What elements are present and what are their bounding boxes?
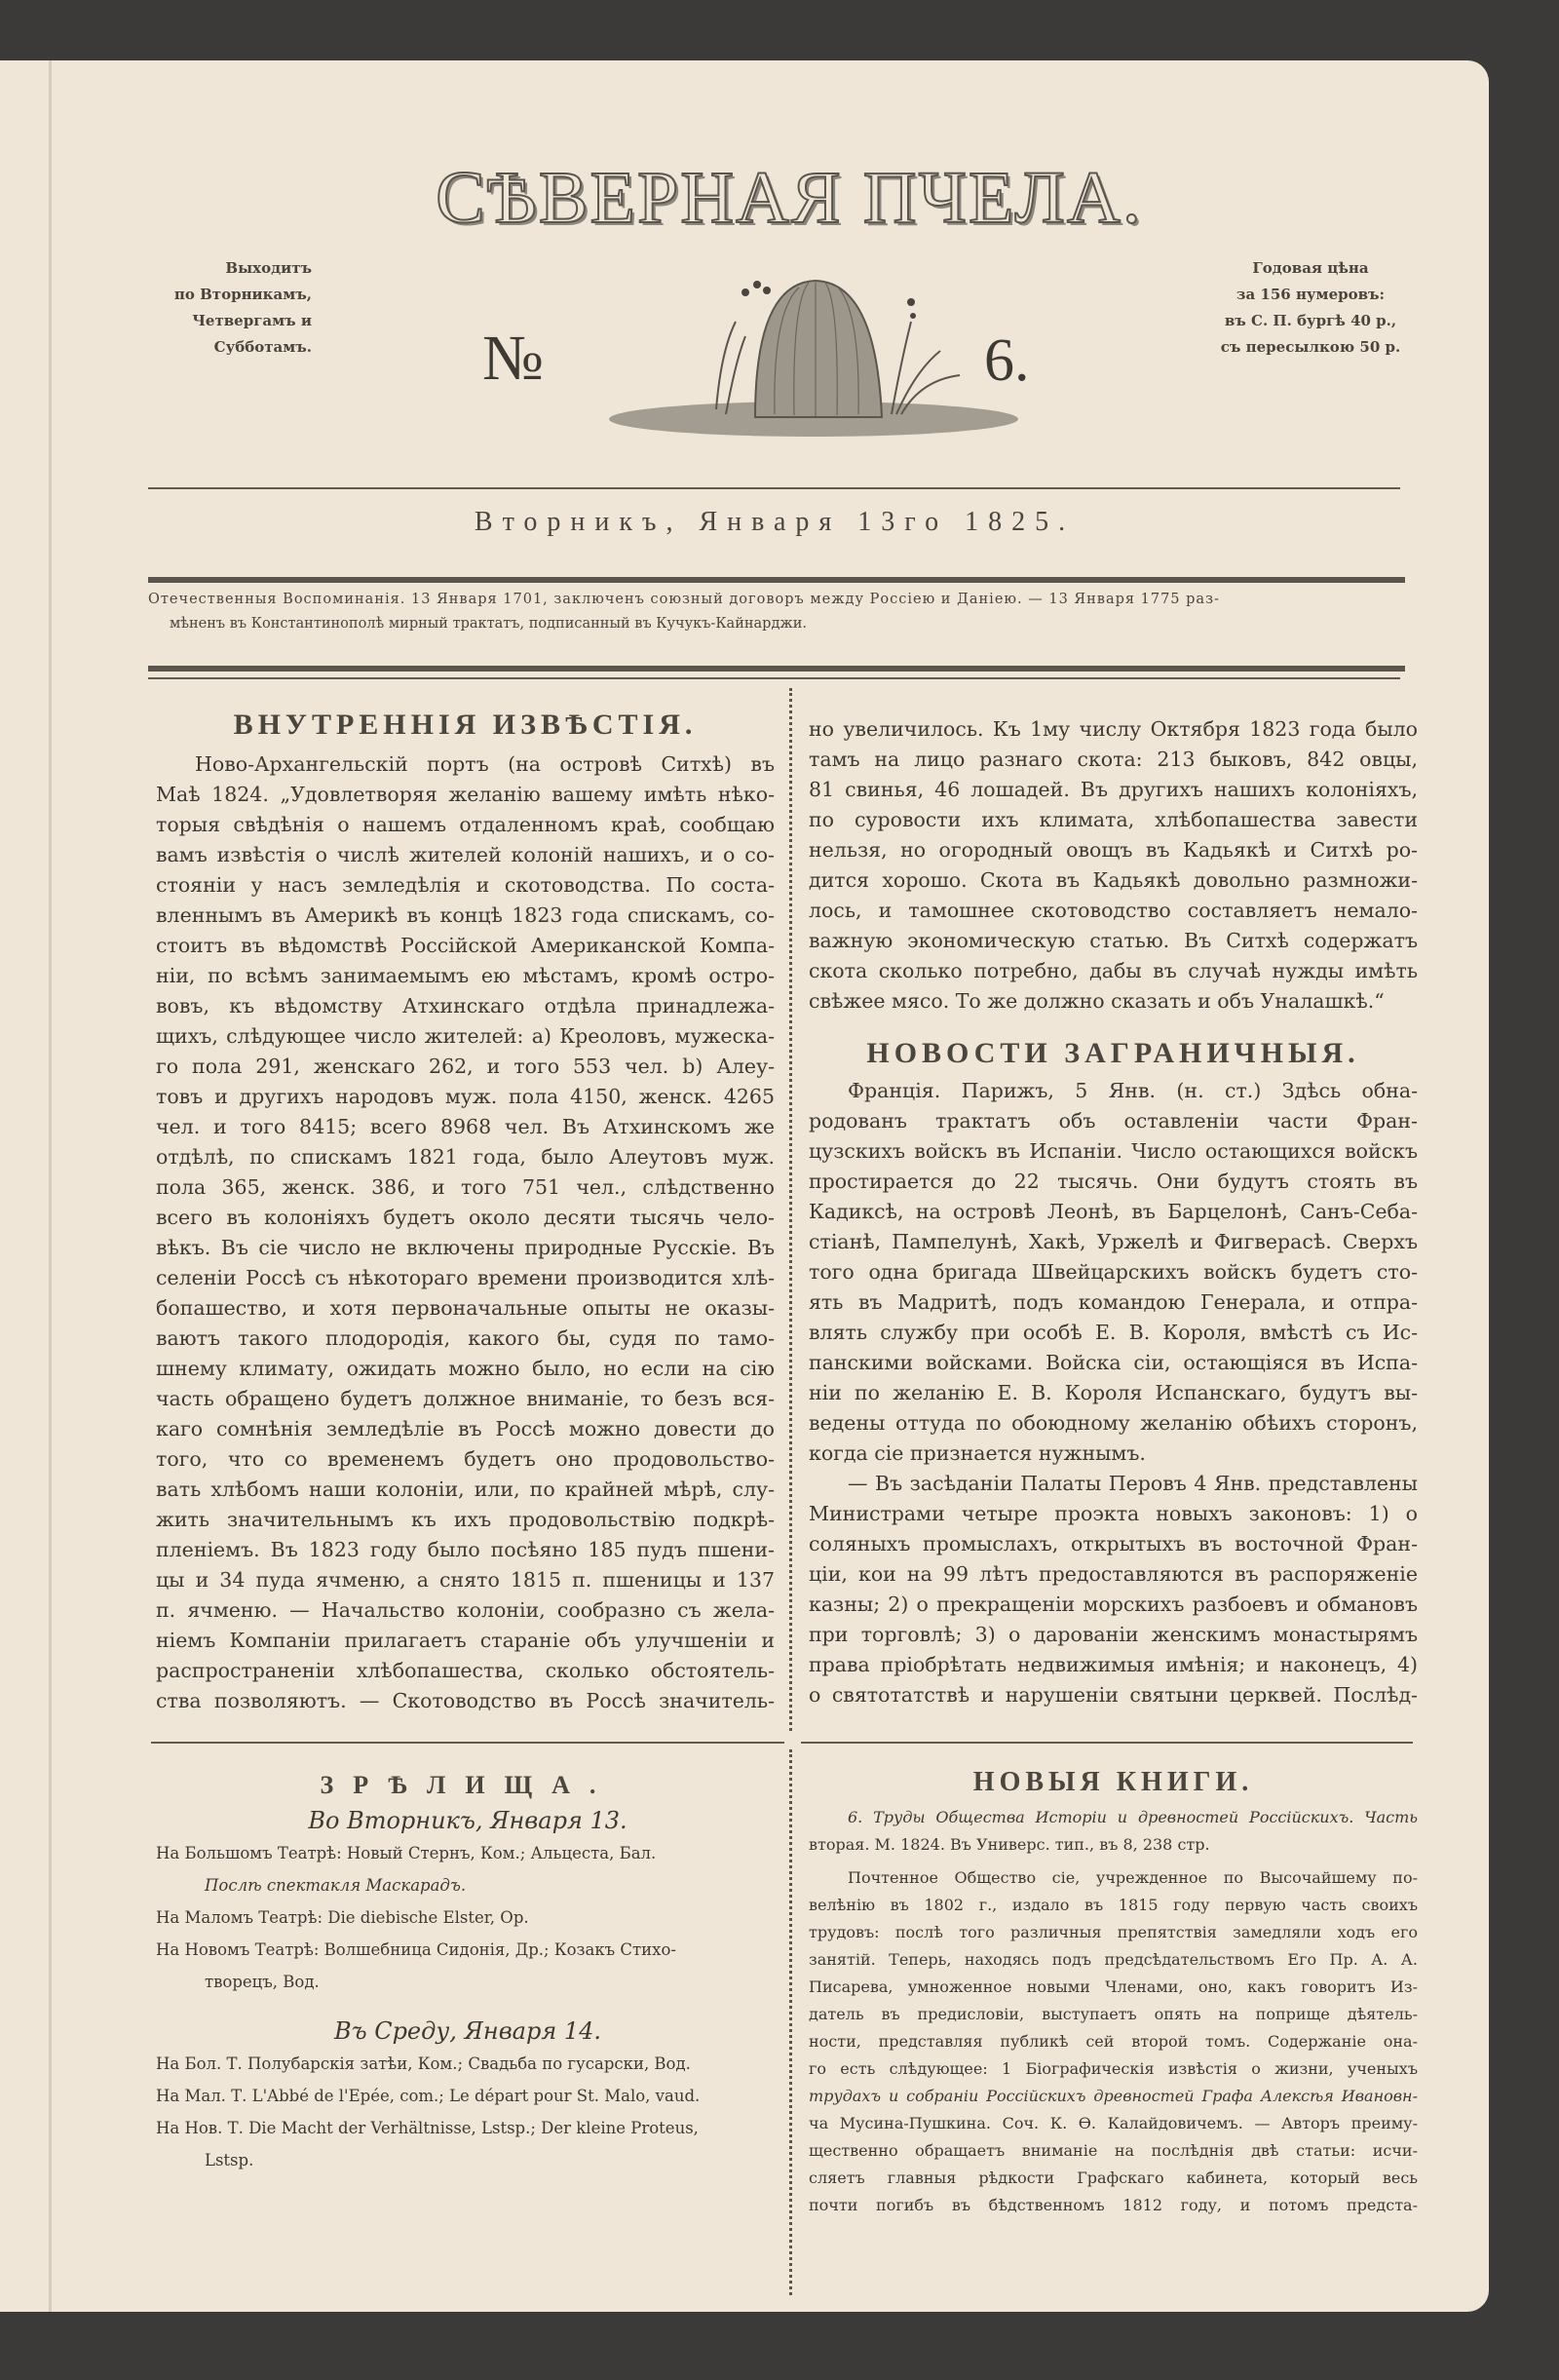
text-line: права пріобрѣтать недвижимыя имѣнія; и н… <box>809 1650 1418 1680</box>
schedule-line: по Вторникамъ, <box>166 282 312 308</box>
theatre-entry: На Мал. Т. L'Abbé de l'Epée, com.; Le dé… <box>156 2080 779 2112</box>
text-line: дится хорошо. Скота въ Кадьякѣ довольно … <box>809 865 1418 896</box>
text-line: влять службу при особѣ Е. В. Короля, вмѣ… <box>809 1318 1418 1348</box>
text-line: вленнымъ въ Америкѣ въ концѣ 1823 года с… <box>156 901 775 931</box>
text-line: чел. и того 8415; всего 8968 чел. Въ Атх… <box>156 1112 775 1142</box>
theatre-entry: На Большомъ Театрѣ: Новый Стернъ, Ком.; … <box>156 1837 779 1869</box>
text-line: ціи, кои на 99 лѣтъ предоставляются въ р… <box>809 1559 1418 1590</box>
text-line: цузскихъ войскъ въ Испаніи. Число остающ… <box>809 1136 1418 1167</box>
text-line: казны; 2) о прекращеніи морскихъ разбоев… <box>809 1590 1418 1620</box>
theatre-entry: Lstsp. <box>156 2144 779 2176</box>
text-line: но увеличилось. Къ 1му числу Октября 182… <box>809 714 1418 745</box>
theatre-entry: На Нов. Т. Die Macht der Verhältnisse, L… <box>156 2112 779 2144</box>
text-line: часть обращено будетъ должное вниманіе, … <box>156 1384 775 1414</box>
text-line: жить значительнымъ къ ихъ продовольствію… <box>156 1505 775 1535</box>
text-line: вовъ, къ вѣдомству Атхинскаго отдѣла при… <box>156 991 775 1021</box>
text-line: шнему климату, ожидать можно было, но ес… <box>156 1354 775 1384</box>
text-line: пола 365, женск. 386, и того 751 чел., с… <box>156 1172 775 1203</box>
book-citation: 6. Труды Общества Исторіи и древностей Р… <box>809 1804 1418 1831</box>
text-line: родованъ трактатъ объ оставленіи части Ф… <box>809 1106 1418 1136</box>
text-line: ніемъ Компаніи прилагаетъ стараніе объ у… <box>156 1626 775 1656</box>
text-line: щественно обращаетъ вниманіе на послѣдні… <box>809 2137 1418 2165</box>
new-books-section: НОВЫЯ КНИГИ. 6. Труды Общества Исторіи и… <box>809 1769 1418 2219</box>
text-line: Ново-Архангельскій портъ (на островѣ Сит… <box>156 749 775 780</box>
memorial-rule <box>148 666 1405 672</box>
text-line: при торговлѣ; 3) о дарованіи женскимъ мо… <box>809 1620 1418 1650</box>
theatre-entry: На Бол. Т. Полубарскія затѣи, Ком.; Свад… <box>156 2048 779 2080</box>
text-line: цы и 34 пуда ячменю, а снято 1815 п. пше… <box>156 1565 775 1595</box>
text-line: по суровости ихъ климата, хлѣбопашества … <box>809 805 1418 835</box>
text-line: пленіемъ. Въ 1823 году было посѣяно 185 … <box>156 1535 775 1565</box>
price-line: въ С. П. бургѣ 40 р., <box>1179 308 1442 334</box>
text-line: го пола 291, женскаго 262, и того 553 че… <box>156 1052 775 1082</box>
text-line: щихъ, слѣдующее число жителей: а) Креоло… <box>156 1021 775 1052</box>
text-line: товъ и другихъ народовъ муж. пола 4150, … <box>156 1082 775 1112</box>
text-line: стояніи у насъ земледѣлія и скотоводства… <box>156 870 775 901</box>
text-line: Кадиксѣ, на островѣ Леонѣ, въ Барцелонѣ,… <box>809 1197 1418 1227</box>
text-line: того, что со временемъ будетъ оно продов… <box>156 1444 775 1475</box>
text-line: каго сомнѣнія земледѣліе въ Россѣ можно … <box>156 1414 775 1444</box>
theatre-entry-note: Послѣ спектакля Маскарадъ. <box>156 1869 779 1901</box>
text-line: — Въ засѣданіи Палаты Перовъ 4 Янв. пред… <box>809 1469 1418 1499</box>
section-heading-books: НОВЫЯ КНИГИ. <box>809 1769 1418 1796</box>
text-line: тамъ на лицо разнаго скота: 213 быковъ, … <box>809 745 1418 775</box>
memorial-line: мѣненъ въ Константинополѣ мирный трактат… <box>148 612 1405 636</box>
text-line: вамъ извѣстія о числѣ жителей колоній на… <box>156 840 775 870</box>
text-line: Франція. Парижъ, 5 Янв. (н. ст.) Здѣсь о… <box>809 1076 1418 1106</box>
price-line: Годовая цѣна <box>1179 255 1442 282</box>
text-line: всего въ колоніяхъ будетъ около десяти т… <box>156 1203 775 1233</box>
text-line: стоитъ въ вѣдомствѣ Россійской Американс… <box>156 931 775 961</box>
text-line: Маѣ 1824. „Удовлетворяя желанію вашему и… <box>156 780 775 810</box>
text-line: Писарева, умноженное новыми Членами, оно… <box>809 1974 1418 2001</box>
text-line: почти погибъ въ бѣдственномъ 1812 году, … <box>809 2192 1418 2219</box>
text-line: ности, представляя публикѣ сей второй то… <box>809 2028 1418 2055</box>
text-line: Министрами четыре проэкта новыхъ законов… <box>809 1499 1418 1529</box>
text-line: ніи, по всѣмъ занимаемымъ ею мѣстамъ, кр… <box>156 961 775 991</box>
text-line: 81 свинья, 46 лошадей. Въ другихъ нашихъ… <box>809 775 1418 805</box>
text-line: нельзя, но огородный овощъ въ Кадьякѣ и … <box>809 835 1418 865</box>
section-rule-right <box>801 1742 1413 1744</box>
text-line: трудахъ и собраніи Россійскихъ древносте… <box>809 2083 1418 2110</box>
right-column: но увеличилось. Къ 1му числу Октября 182… <box>809 714 1418 1710</box>
price-line: за 156 нумеровъ: <box>1179 282 1442 308</box>
number-sign: № <box>482 322 544 396</box>
page-fold-line <box>49 60 52 2312</box>
section-heading-foreign: НОВОСТИ ЗАГРАНИЧНЫЯ. <box>809 1038 1418 1068</box>
theatre-entry: творецъ, Вод. <box>156 1966 779 1998</box>
issue-date: Вторникъ, Января 13го 1825. <box>146 507 1403 538</box>
text-line: свѣжее мясо. То же должно сказать и объ … <box>809 986 1418 1017</box>
text-line: того одна бригада Швейцарскихъ войскъ бу… <box>809 1257 1418 1287</box>
column-divider <box>789 688 795 1731</box>
text-line: о святотатствѣ и нарушеніи святыни церкв… <box>809 1680 1418 1710</box>
section-heading-domestic: ВНУТРЕННІЯ ИЗВѢСТІЯ. <box>156 710 775 740</box>
text-line: отдѣлѣ, по спискамъ 1821 года, было Алеу… <box>156 1142 775 1172</box>
text-line: вать хлѣбомъ наши колоніи, или, по крайн… <box>156 1475 775 1505</box>
memorial-rule-thin <box>148 677 1400 679</box>
text-line: Почтенное Общество сіе, учрежденное по В… <box>809 1864 1418 1892</box>
publication-schedule: Выходитъ по Вторникамъ, Четвергамъ и Суб… <box>166 255 312 361</box>
text-line: распространеніи хлѣбопашества, сколько о… <box>156 1656 775 1686</box>
schedule-line: Четвергамъ и <box>166 308 312 334</box>
section-heading-theatre: ЗРѢЛИЩА. <box>156 1769 779 1801</box>
text-line: когда сіе признается нужнымъ. <box>809 1439 1418 1469</box>
text-line: ства позволяютъ. — Скотоводство въ Россѣ… <box>156 1686 775 1716</box>
newspaper-title: СѢВЕРНАЯ ПЧЕЛА. <box>370 156 1208 241</box>
header-rule <box>148 487 1400 489</box>
text-line: го есть слѣдующее: 1 Біографическія извѣ… <box>809 2055 1418 2083</box>
text-line: важную экономическую статью. Въ Ситхѣ со… <box>809 926 1418 956</box>
price-line: съ пересылкою 50 р. <box>1179 334 1442 361</box>
text-line: простирается до 22 тысячь. Они будутъ ст… <box>809 1167 1418 1197</box>
text-line: стіанѣ, Пампелунѣ, Хакѣ, Уржелѣ и Фигвер… <box>809 1227 1418 1257</box>
theatre-section: ЗРѢЛИЩА. Во Вторникъ, Января 13. На Боль… <box>156 1769 779 2176</box>
section-rule-left <box>151 1742 784 1744</box>
text-line: лось, и тамошнее скотоводство составляет… <box>809 896 1418 926</box>
theatre-entry: На Маломъ Театрѣ: Die diebische Elster, … <box>156 1901 779 1934</box>
text-line: велѣнію въ 1802 г., издало въ 1815 году … <box>809 1892 1418 1919</box>
memorial-line: Отечественныя Воспоминанія. 13 Января 17… <box>148 588 1405 612</box>
column-divider-lower <box>789 1749 795 2295</box>
date-rule <box>148 577 1405 583</box>
annual-price: Годовая цѣна за 156 нумеровъ: въ С. П. б… <box>1179 255 1442 361</box>
text-line: соляныхъ промыслахъ, открытыхъ въ восточ… <box>809 1529 1418 1559</box>
text-line: ведены оттуда по обоюдному желанію обѣих… <box>809 1408 1418 1439</box>
patriotic-memories: Отечественныя Воспоминанія. 13 Января 17… <box>148 588 1405 636</box>
text-line: трудовъ: послѣ того различныя препятстві… <box>809 1919 1418 1946</box>
text-line: ніи по желанію Е. В. Короля Испанскаго, … <box>809 1378 1418 1408</box>
text-line: сляетъ главныя рѣдкости Графскаго кабине… <box>809 2165 1418 2192</box>
schedule-line: Субботамъ. <box>166 334 312 361</box>
beehive-illustration-icon <box>599 263 1028 439</box>
theatre-day-title: Во Вторникъ, Января 13. <box>156 1805 779 1837</box>
book-citation: вторая. М. 1824. Въ Универс. тип., въ 8,… <box>809 1831 1418 1859</box>
text-line: ять въ Мадритѣ, подъ командою Генерала, … <box>809 1287 1418 1318</box>
text-line: бопашество, и хотя первоначальные опыты … <box>156 1293 775 1324</box>
text-line: скота сколько потребно, дабы въ случаѣ н… <box>809 956 1418 986</box>
text-line: вѣкъ. Въ сіе число не включены природные… <box>156 1233 775 1263</box>
text-line: ваютъ такого плодородія, какого бы, судя… <box>156 1324 775 1354</box>
text-line: п. ячменю. — Начальство колоніи, сообраз… <box>156 1595 775 1626</box>
schedule-line: Выходитъ <box>166 255 312 282</box>
domestic-news-column: ВНУТРЕННІЯ ИЗВѢСТІЯ. Ново-Архангельскій … <box>156 710 775 1716</box>
text-line: ча Мусина-Пушкина. Соч. К. Ѳ. Калайдович… <box>809 2110 1418 2137</box>
text-line: торыя свѣдѣнія о нашемъ отдаленномъ краѣ… <box>156 810 775 840</box>
text-line: панскими войсками. Войска сіи, остающіяс… <box>809 1348 1418 1378</box>
theatre-entry: На Новомъ Театрѣ: Волшебница Сидонія, Др… <box>156 1934 779 1966</box>
text-line: датель въ предисловіи, выступаетъ опять … <box>809 2001 1418 2028</box>
text-line: селеніи Россѣ съ нѣкотораго времени прои… <box>156 1263 775 1293</box>
theatre-day-title: Въ Среду, Января 14. <box>156 2015 779 2048</box>
text-line: занятій. Теперь, находясь подъ предсѣдат… <box>809 1946 1418 1974</box>
